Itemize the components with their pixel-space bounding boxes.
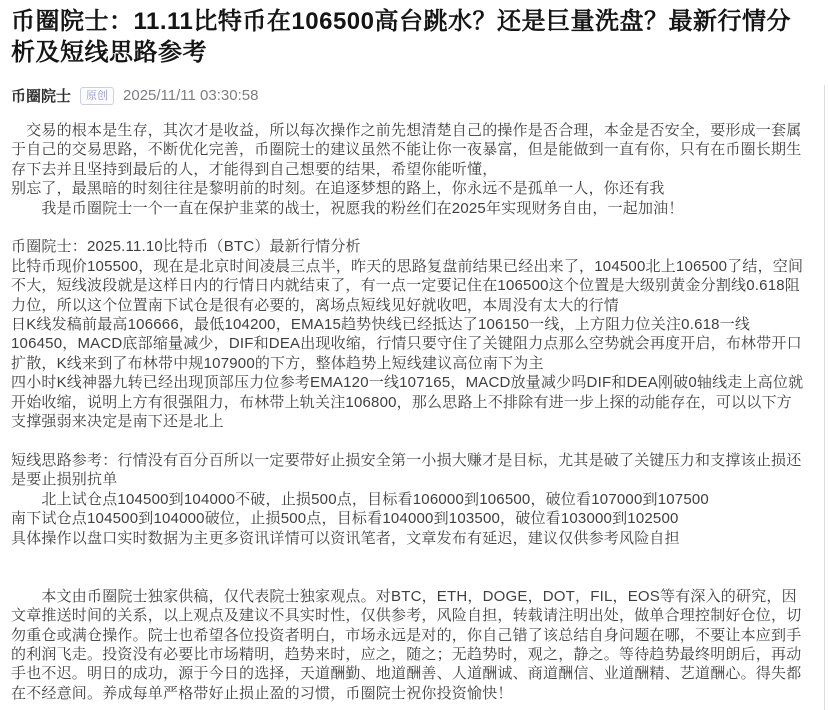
article-paragraph: 北上试仓点104500到104000不破，止损500点，目标看106000到10… [11,490,804,509]
author-name[interactable]: 币圈院士 [11,85,71,106]
publish-timestamp: 2025/11/11 03:30:58 [123,87,258,104]
paragraph-spacer [11,431,804,450]
article-paragraph: 本文由币圈院士独家供稿，仅代表院士独家观点。对BTC，ETH，DOGE，DOT，… [11,587,804,703]
article-paragraph: 短线思路参考：行情没有百分百所以一定要带好止损安全第一小损大赚才是目标，尤其是破… [11,451,804,490]
article-title: 币圈院士：11.11比特币在106500高台跳水？还是巨量洗盘？最新行情分析及短… [11,6,804,68]
paragraph-spacer [11,567,804,586]
original-badge: 原创 [80,87,114,105]
article-paragraph: 四小时K线神器九转已经出现顶部压力位参考EMA120一线107165，MACD放… [11,373,804,431]
article-paragraph: 南下试仓点104500到104000破位，止损500点，目标看104000到10… [11,509,804,528]
paragraph-spacer [11,218,804,237]
article-paragraph: 交易的根本是生存，其次才是收益，所以每次操作之前先想清楚自己的操作是否合理，本金… [11,121,804,218]
article-paragraph: 具体操作以盘口实时数据为主更多资讯详情可以资讯笔者，文章发布有延迟，建议仅供参考… [11,529,804,548]
article-paragraph: 币圈院士：2025.11.10比特币（BTC）最新行情分析 [11,237,804,256]
article-meta-row: 币圈院士 原创 2025/11/11 03:30:58 [11,85,804,106]
article-paragraph: 比特币现价105500，现在是北京时间凌晨三点半，昨天的思路复盘前结果已经出来了… [11,257,804,315]
article-paragraph: 日K线发稿前最高106666，最低104200，EMA15趋势快线已经抵达了10… [11,315,804,373]
paragraph-spacer [11,548,804,567]
article-body: 交易的根本是生存，其次才是收益，所以每次操作之前先想清楚自己的操作是否合理，本金… [11,121,804,703]
article-page: 币圈院士：11.11比特币在106500高台跳水？还是巨量洗盘？最新行情分析及短… [0,0,828,710]
page-edge-divider [824,85,825,710]
